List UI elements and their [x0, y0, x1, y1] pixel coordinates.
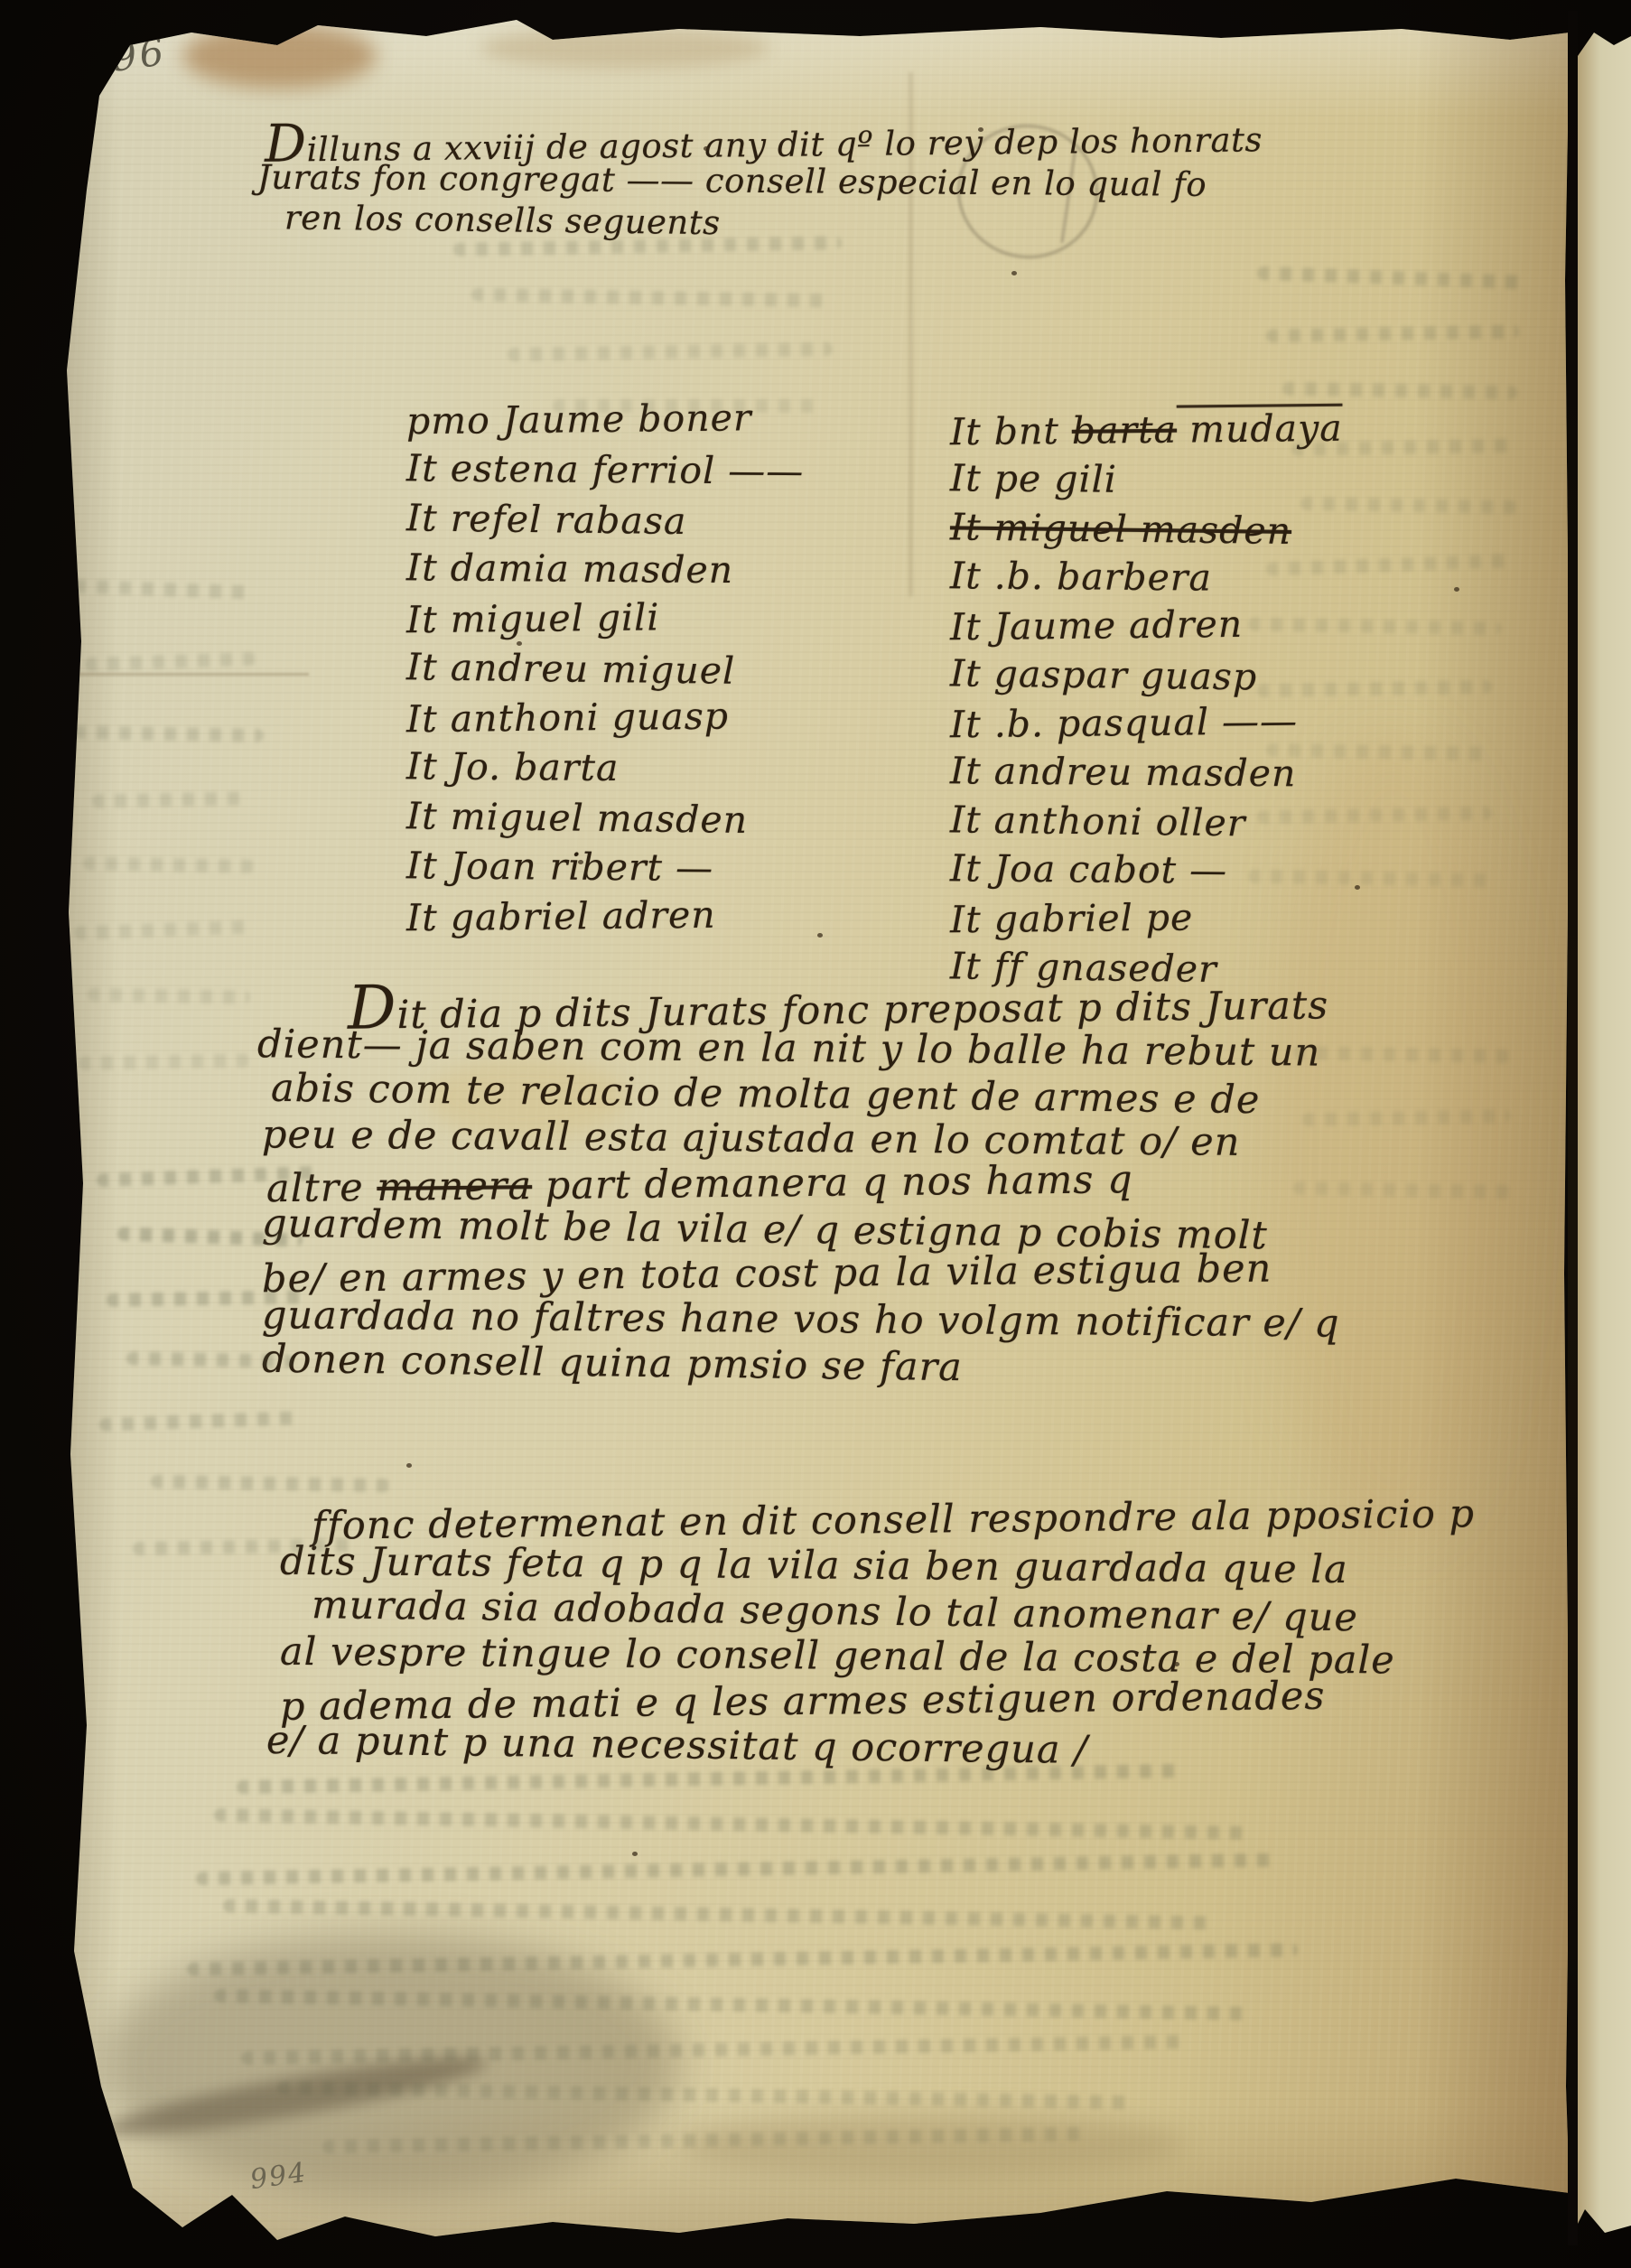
handwritten-line: ren los consells seguents — [284, 198, 1263, 251]
handwritten-segment: It pe gili — [950, 456, 1117, 500]
bottom-pencil-number: 994 — [248, 2157, 310, 2196]
bleedthrough-smudge — [92, 792, 246, 808]
bleedthrough-smudge — [1257, 266, 1528, 289]
handwritten-line: It refel rabasa — [406, 496, 805, 550]
handwritten-line: It pe gili — [950, 456, 1343, 508]
handwritten-segment: mudaya — [1177, 406, 1343, 452]
bleedthrough-smudge — [99, 1411, 303, 1432]
handwritten-line: pmo Jaume boner — [406, 396, 805, 450]
ink-speck — [817, 933, 823, 938]
handwritten-line: It miguel masden — [950, 505, 1343, 558]
handwritten-line: It estena ferriol —— — [406, 446, 805, 499]
handwritten-segment: donen consell quina pmsio se fara — [262, 1337, 963, 1390]
page-gap-shadow — [1568, 11, 1578, 2245]
handwritten-segment: It miguel masden — [950, 505, 1292, 553]
bleedthrough-smudge — [322, 2127, 1090, 2154]
handwritten-segment: It miguel masden — [406, 794, 749, 842]
paper-right-shadow — [1416, 9, 1570, 2244]
ink-speck — [1454, 587, 1459, 592]
ink-speck — [578, 860, 583, 864]
handwritten-segment: It gaspar guasp — [950, 651, 1258, 698]
bleedthrough-smudge — [196, 1853, 1280, 1886]
bleedthrough-smudge — [187, 1943, 1298, 1975]
handwritten-line: It Joan ribert — — [406, 844, 805, 896]
ink-stain — [101, 1933, 679, 2195]
handwritten-line: It miguel gili — [406, 594, 805, 649]
bleedthrough-smudge — [214, 1808, 1253, 1840]
paper-top-highlight — [47, 9, 1570, 117]
handwritten-line: It andreu miguel — [406, 645, 805, 699]
handwritten-line: It Jaume adren — [950, 602, 1343, 655]
ink-speck — [1355, 885, 1360, 890]
handwritten-line: It bnt barta mudaya — [950, 406, 1343, 460]
ink-speck — [1142, 864, 1148, 869]
handwritten-segment: It .b. barbera — [950, 554, 1212, 599]
handwritten-segment: It gabriel pe — [950, 895, 1194, 941]
bleedthrough-smudge — [74, 920, 255, 940]
handwritten-line: donen consell quina pmsio se fara — [262, 1337, 1340, 1395]
ink-stain — [679, 2114, 1185, 2177]
handwritten-line: It gabriel pe — [950, 894, 1343, 947]
bleedthrough-smudge — [1266, 325, 1519, 343]
handwritten-segment: ren los consells seguents — [284, 198, 721, 242]
handwritten-line: It .b. pasqual —— — [950, 699, 1343, 752]
bleedthrough-smudge — [85, 652, 256, 672]
handwritten-segment: It Joa cabot — — [950, 846, 1228, 891]
corner-ink-mark: 17 — [79, 2206, 127, 2251]
heading-text: Dilluns a xxviij de agost any dit qº lo … — [257, 119, 1263, 244]
handwritten-line: It gabriel adren — [406, 892, 805, 947]
handwritten-line: It damia masden — [406, 546, 805, 598]
bleedthrough-smudge — [1282, 382, 1517, 400]
handwritten-line: It anthoni guasp — [406, 694, 805, 748]
handwritten-segment: It gabriel adren — [406, 893, 716, 940]
handwritten-segment: It bnt — [950, 409, 1072, 453]
bleedthrough-smudge — [83, 856, 255, 873]
bleedthrough-smudge — [277, 2081, 1135, 2110]
handwritten-line: It andreu masden — [950, 749, 1343, 800]
ink-stain — [182, 23, 377, 89]
handwritten-segment: part demanera q nos hams q — [532, 1157, 1133, 1209]
ink-stain — [101, 2044, 490, 2149]
handwritten-line: It Joa cabot — — [950, 846, 1343, 898]
handwritten-line: It Jo. barta — [406, 744, 805, 797]
handwritten-segment: It Jo. barta — [406, 744, 620, 789]
handwritten-segment: It refel rabasa — [406, 496, 687, 543]
folio-number: 896 — [83, 29, 169, 84]
adjacent-page-edge — [1578, 14, 1631, 2244]
bleedthrough-smudge — [79, 1053, 250, 1069]
handwritten-line: It anthoni oller — [950, 798, 1343, 851]
handwritten-segment: barta — [1072, 408, 1178, 453]
handwritten-segment: It anthoni guasp — [406, 695, 730, 742]
handwritten-line: Dit dia p dits Jurats fonc preposat p di… — [348, 975, 1340, 1031]
photograph-background: 896 Dilluns a xxviij de agost any dit qº… — [0, 0, 1631, 2268]
bleedthrough-smudge — [223, 1899, 1216, 1929]
attendee-list-left: pmo Jaume bonerIt estena ferriol ——It re… — [406, 397, 804, 944]
manuscript-page: 896 Dilluns a xxviij de agost any dit qº… — [47, 9, 1570, 2244]
handwritten-segment: It Joan ribert — — [406, 844, 713, 890]
handwritten-segment: It .b. pasqual —— — [950, 699, 1299, 746]
bleedthrough-smudge — [74, 725, 264, 742]
handwritten-segment: It estena ferriol —— — [406, 446, 805, 492]
ink-speck — [1174, 1662, 1179, 1666]
ink-speck — [517, 641, 522, 646]
paragraph-proposal: Dit dia p dits Jurats fonc preposat p di… — [257, 980, 1340, 1386]
ink-speck — [978, 127, 983, 132]
handwritten-segment: pmo Jaume boner — [406, 396, 752, 443]
handwritten-line: It miguel masden — [406, 794, 805, 848]
handwritten-line: It gaspar guasp — [950, 651, 1343, 705]
handwritten-segment: e/ a punt p una necessitat q ocorregua / — [266, 1718, 1088, 1773]
handwritten-line: e/ a punt p una necessitat q ocorregua / — [266, 1718, 1476, 1778]
handwritten-segment: It miguel gili — [406, 595, 660, 641]
paper-left-shadow — [47, 9, 119, 2244]
handwritten-segment: It andreu miguel — [406, 645, 736, 692]
handwritten-segment: It damia masden — [406, 546, 734, 592]
handwritten-segment: It Jaume adren — [950, 602, 1244, 649]
attendee-list-right: It bnt barta mudayaIt pe giliIt miguel m… — [950, 408, 1343, 994]
handwritten-segment: Jurats fon congregat —— consell especial… — [257, 158, 1207, 204]
bleedthrough-smudge — [508, 342, 833, 361]
bleedthrough-smudge — [241, 2035, 1189, 2065]
bleedthrough-smudge — [471, 288, 833, 308]
handwritten-segment: It andreu masden — [950, 749, 1297, 795]
ink-stain — [480, 27, 769, 69]
bleedthrough-smudge — [214, 1989, 1253, 2021]
paper-crease — [74, 673, 309, 676]
bleedthrough-smudge — [88, 987, 250, 1003]
ink-speck — [632, 1852, 638, 1856]
handwritten-line: It .b. barbera — [950, 554, 1343, 605]
bleedthrough-smudge — [151, 1475, 390, 1493]
handwritten-segment: It anthoni oller — [950, 798, 1246, 845]
ink-speck — [406, 1463, 412, 1468]
bleedthrough-smudge — [74, 580, 255, 600]
paragraph-resolution: ffonc determenat en dit consell respondr… — [257, 1498, 1475, 1769]
ink-speck — [1011, 271, 1017, 275]
ink-speck — [704, 146, 709, 151]
